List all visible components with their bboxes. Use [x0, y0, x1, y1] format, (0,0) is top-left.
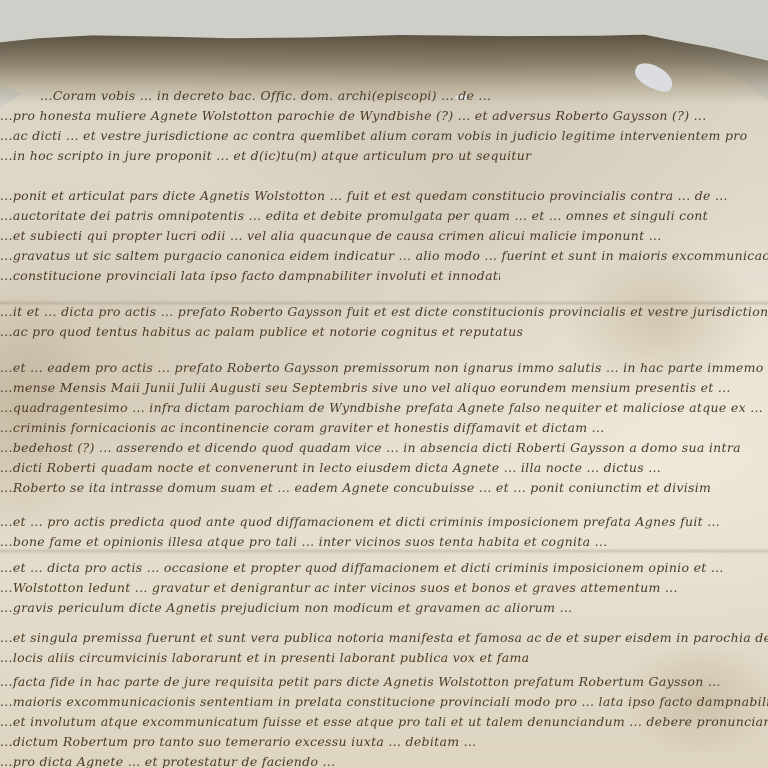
text-line: ...dictum Robertum pro tanto suo temerar…	[0, 734, 768, 750]
text-line: ...ponit et articulat pars dicte Agnetis…	[0, 188, 768, 204]
text-line: ...mense Mensis Maii Junii Julii Augusti…	[0, 380, 768, 396]
text-line: ...et subiecti qui propter lucri odii ..…	[0, 228, 768, 244]
text-line: ...pro dicta Agnete ... et protestatur d…	[0, 754, 768, 768]
text-line: ...auctoritate dei patris omnipotentis .…	[0, 208, 768, 224]
text-line: ...pro honesta muliere Agnete Wolstotton…	[0, 108, 768, 124]
text-line: ...locis aliis circumvicinis laborarunt …	[0, 650, 580, 666]
text-line: ...dicti Roberti quadam nocte et convene…	[0, 460, 768, 476]
text-line: ...bedehost (?) ... asserendo et dicendo…	[0, 440, 768, 456]
text-line: ...Coram vobis ... in decreto bac. Offic…	[40, 88, 760, 104]
text-line: ...Roberto se ita intrasse domum suam et…	[0, 480, 768, 496]
text-line: ...quadragentesimo ... infra dictam paro…	[0, 400, 768, 416]
text-line: ...criminis fornicacionis ac incontinenc…	[0, 420, 768, 436]
text-line: ...it et ... dicta pro actis ... prefato…	[0, 304, 768, 320]
text-line: ...et involutum atque excommunicatum fui…	[0, 714, 768, 730]
text-line: ...et ... pro actis predicta quod ante q…	[0, 514, 768, 530]
text-line: ...et ... eadem pro actis ... prefato Ro…	[0, 360, 768, 376]
text-line: ...Wolstotton ledunt ... gravatur et den…	[0, 580, 768, 596]
manuscript-text: ...Coram vobis ... in decreto bac. Offic…	[0, 0, 768, 768]
text-line: ...in hoc scripto in jure proponit ... e…	[0, 148, 560, 164]
text-line: ...et singula premissa fuerunt et sunt v…	[0, 630, 768, 646]
text-line: ...et ... dicta pro actis ... occasione …	[0, 560, 768, 576]
text-line: ...constitucione provinciali lata ipso f…	[0, 268, 500, 284]
text-line: ...maioris excommunicacionis sententiam …	[0, 694, 768, 710]
text-line: ...ac pro quod tentus habitus ac palam p…	[0, 324, 650, 340]
text-line: ...ac dicti ... et vestre jurisdictione …	[0, 128, 768, 144]
text-line: ...gravis periculum dicte Agnetis prejud…	[0, 600, 768, 616]
text-line: ...facta fide in hac parte de jure requi…	[0, 674, 768, 690]
text-line: ...gravatus ut sic saltem purgacio canon…	[0, 248, 768, 264]
text-line: ...bone fame et opinionis illesa atque p…	[0, 534, 768, 550]
